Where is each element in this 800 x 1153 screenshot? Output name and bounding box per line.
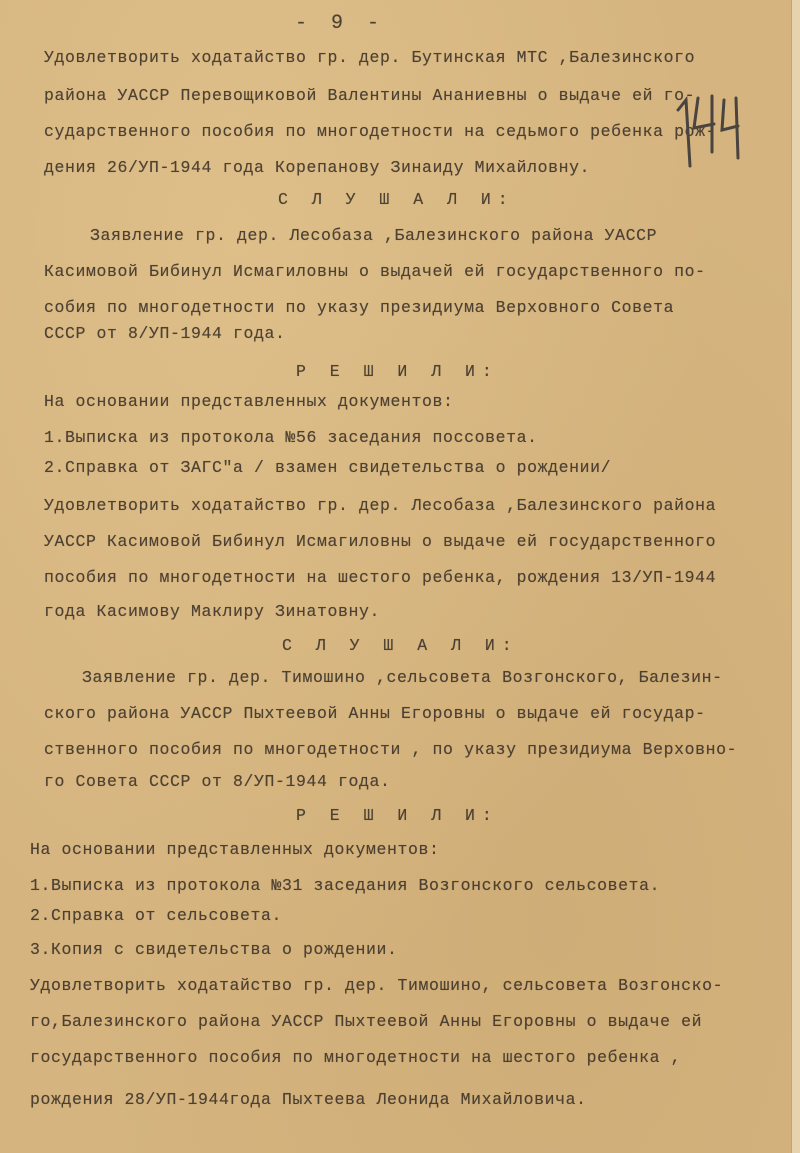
- statement-line: Касимовой Бибинул Исмагиловны о выдачей …: [44, 262, 706, 281]
- page-number: - 9 -: [295, 12, 385, 35]
- basis-line: На основании представленных документов:: [30, 840, 440, 859]
- text-line: Удовлетворить ходатайство гр. дер. Бутин…: [44, 48, 695, 67]
- decision-line: Удовлетворить ходатайство гр. дер. Тимош…: [30, 976, 723, 995]
- decision-line: рождения 28/УП-1944года Пыхтеева Леонида…: [30, 1090, 587, 1109]
- handwritten-mark-icon: [672, 88, 752, 178]
- document-item: 2.Справка от сельсовета.: [30, 906, 282, 925]
- basis-line: На основании представленных документов:: [44, 392, 454, 411]
- statement-line: ственного пособия по многодетности , по …: [44, 740, 737, 759]
- decided-heading: Р Е Ш И Л И:: [296, 806, 499, 825]
- decision-line: года Касимову Маклиру Зинатовну.: [44, 602, 380, 621]
- document-item: 1.Выписка из протокола №56 заседания пос…: [44, 428, 538, 447]
- document-item: 1.Выписка из протокола №31 заседания Воз…: [30, 876, 660, 895]
- statement-line: Заявление гр. дер. Лесобаза ,Балезинског…: [90, 226, 657, 245]
- decision-line: пособия по многодетности на шестого ребе…: [44, 568, 716, 587]
- decided-heading: Р Е Ш И Л И:: [296, 362, 499, 381]
- text-line: дения 26/УП-1944 года Корепанову Зинаиду…: [44, 158, 590, 177]
- statement-line: ского района УАССР Пыхтеевой Анны Егоров…: [44, 704, 706, 723]
- text-line: сударственного пособия по многодетности …: [44, 122, 716, 141]
- text-line: района УАССР Перевощиковой Валентины Ана…: [44, 86, 695, 105]
- decision-line: Удовлетворить ходатайство гр. дер. Лесоб…: [44, 496, 716, 515]
- decision-line: го,Балезинского района УАССР Пыхтеевой А…: [30, 1012, 702, 1031]
- statement-line: собия по многодетности по указу президиу…: [44, 298, 674, 317]
- document-item: 3.Копия с свидетельства о рождении.: [30, 940, 398, 959]
- statement-line: СССР от 8/УП-1944 года.: [44, 324, 286, 343]
- statement-line: Заявление гр. дер. Тимошино ,сельсовета …: [82, 668, 723, 687]
- decision-line: государственного пособия по многодетност…: [30, 1048, 681, 1067]
- statement-line: го Совета СССР от 8/УП-1944 года.: [44, 772, 391, 791]
- heard-heading: С Л У Ш А Л И:: [278, 190, 515, 209]
- decision-line: УАССР Касимовой Бибинул Исмагиловны о вы…: [44, 532, 716, 551]
- heard-heading: С Л У Ш А Л И:: [282, 636, 519, 655]
- paper-edge: [791, 0, 800, 1153]
- document-item: 2.Справка от ЗАГС"а / взамен свидетельст…: [44, 458, 611, 477]
